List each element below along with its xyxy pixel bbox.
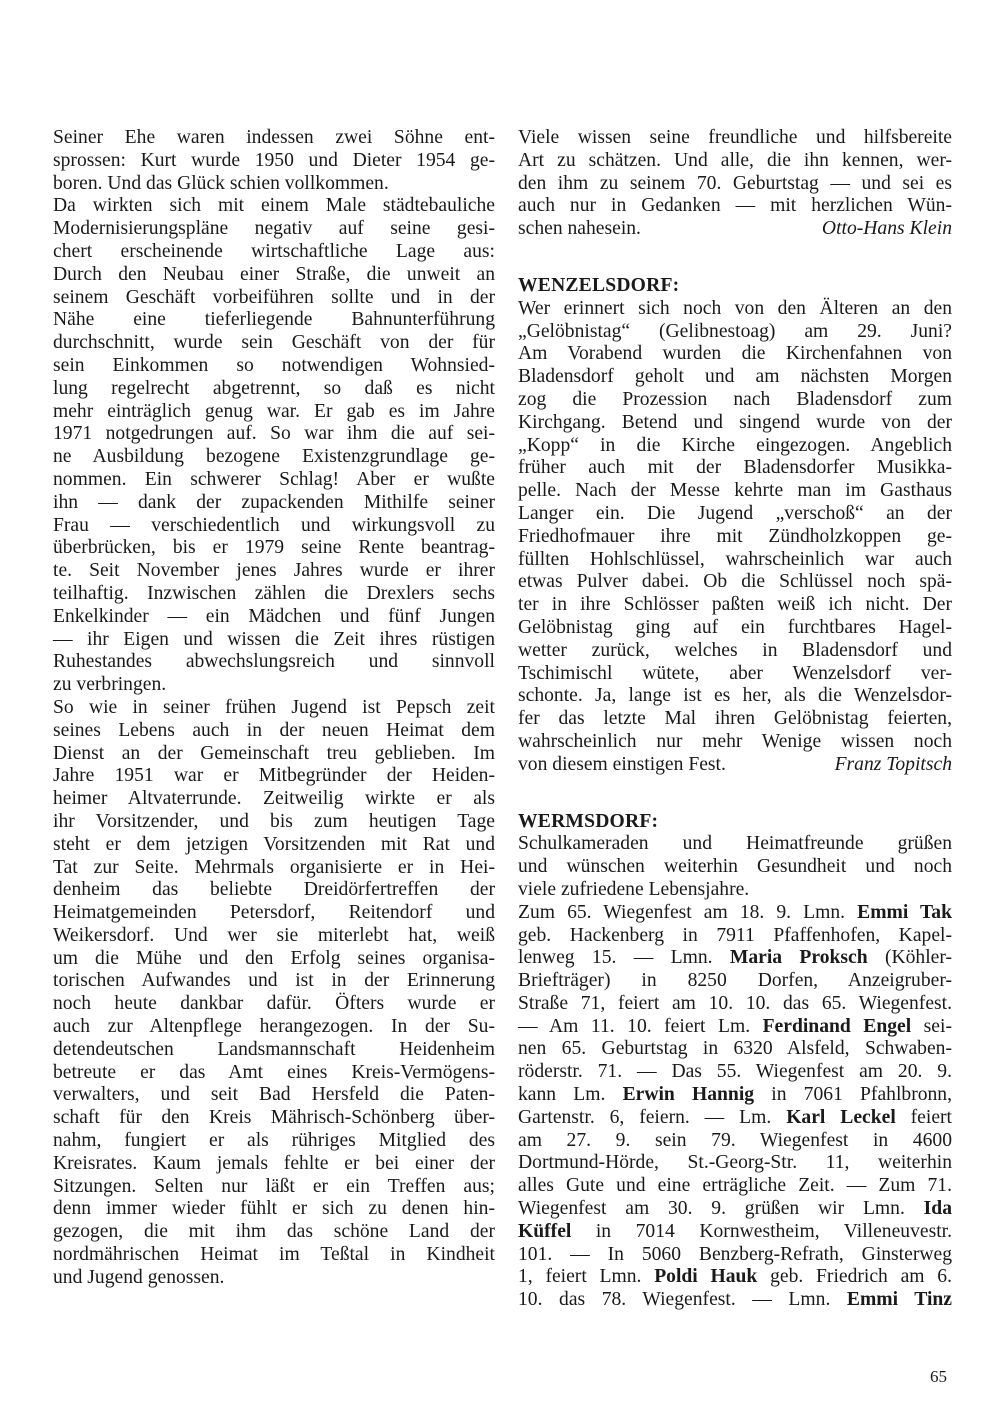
- text-line: Ruhestandes abwechslungsreich und sinnvo…: [53, 651, 495, 674]
- text-line: etwas Pulver dabei. Ob die Schlüssel noc…: [518, 571, 952, 594]
- text-line: wetter zurück, welches in Bladensdorf un…: [518, 640, 952, 663]
- text-line: 1, feiert Lmn. Poldi Hauk geb. Friedrich…: [518, 1266, 952, 1289]
- text-line: fer das letzte Mal ihren Gelöbnistag fei…: [518, 708, 952, 731]
- text-line: überbrücken, bis er 1979 seine Rente bea…: [53, 537, 495, 560]
- text-line: den ihm zu seinem 70. Geburtstag — und s…: [518, 173, 952, 196]
- text-line: Langer ein. Die Jugend „verschoß“ an der: [518, 503, 952, 526]
- text-line: Kirchgang. Betend und singend wurde von …: [518, 412, 952, 435]
- text-line: Seiner Ehe waren indessen zwei Söhne ent…: [53, 127, 495, 150]
- text-line: gezogen, die mit ihm das schöne Land der: [53, 1221, 495, 1244]
- closing-text: von diesem einstigen Fest.: [518, 754, 726, 777]
- text-line: — ihr Eigen und wissen die Zeit ihres rü…: [53, 629, 495, 652]
- text-line: Wer erinnert sich noch von den Älteren a…: [518, 298, 952, 321]
- text-line: Modernisierungspläne negativ auf seine g…: [53, 218, 495, 241]
- text-segment: in 7014 Kornwestheim, Villeneuvestr.: [571, 1221, 952, 1242]
- text-segment: nen 65. Geburtstag in 6320 Alsfeld, Schw…: [518, 1038, 952, 1059]
- text-line: Durch den Neubau einer Straße, die unwei…: [53, 264, 495, 287]
- text-segment: kann Lm.: [518, 1084, 623, 1105]
- text-line: füllten Hohlschlüssel, wahrscheinlich wa…: [518, 549, 952, 572]
- text-line: auch nur in Gedanken — mit herzlichen Wü…: [518, 195, 952, 218]
- text-line: steht er dem jetzigen Vorsitzenden mit R…: [53, 834, 495, 857]
- text-line: schaft für den Kreis Mährisch-Schönberg …: [53, 1107, 495, 1130]
- text-line: Briefträger) in 8250 Dorfen, Anzeigruber…: [518, 970, 952, 993]
- text-line: und Jugend genossen.: [53, 1267, 495, 1290]
- text-line: pelle. Nach der Messe kehrte man im Gast…: [518, 480, 952, 503]
- text-line: nordmährischen Heimat im Teßtal in Kindh…: [53, 1244, 495, 1267]
- text-line: seines Lebens auch in der neuen Heimat d…: [53, 720, 495, 743]
- text-segment: Schulkameraden und Heimatfreunde grüßen: [518, 833, 952, 854]
- text-line: detendeutschen Landsmannschaft Heidenhei…: [53, 1039, 495, 1062]
- text-line: ne Ausbildung bezogene Existenzgrundlage…: [53, 446, 495, 469]
- text-line: Kreisrates. Kaum jemals fehlte er bei ei…: [53, 1153, 495, 1176]
- page-number: 65: [930, 1367, 947, 1387]
- text-segment: 10. das 78. Wiegenfest. — Lmn.: [518, 1289, 847, 1310]
- text-segment: 101. — In 5060 Benzberg-Refrath, Ginster…: [518, 1244, 952, 1265]
- person-name: Emmi Tinz: [847, 1289, 952, 1310]
- text-line: Sitzungen. Selten nur läßt er ein Treffe…: [53, 1176, 495, 1199]
- text-line: Bladensdorf geholt und am nächsten Morge…: [518, 366, 952, 389]
- person-name: Ida: [924, 1198, 952, 1219]
- person-name: Erwin Hannig: [623, 1084, 755, 1105]
- person-name: Ferdinand Engel: [763, 1016, 912, 1037]
- text-line: Viele wissen seine freundliche und hilfs…: [518, 127, 952, 150]
- text-segment: geb. Friedrich am 6.: [757, 1266, 952, 1287]
- text-segment: alles Gute und eine erträgliche Zeit. — …: [518, 1175, 952, 1196]
- text-line: 101. — In 5060 Benzberg-Refrath, Ginster…: [518, 1244, 952, 1267]
- text-segment: Zum 65. Wiegenfest am 18. 9. Lmn.: [518, 902, 857, 923]
- text-line: teilhaftig. Inzwischen zählen die Drexle…: [53, 583, 495, 606]
- signature-line: von diesem einstigen Fest. Franz Topitsc…: [518, 754, 952, 777]
- text-segment: — Am 11. 10. feiert Lm.: [518, 1016, 763, 1037]
- text-line: röderstr. 71. — Das 55. Wiegenfest am 20…: [518, 1061, 952, 1084]
- text-segment: sei-: [911, 1016, 952, 1037]
- text-line: um die Mühe und den Erfolg seines organi…: [53, 948, 495, 971]
- text-line: Gelöbnistag ging auf ein furchtbares Hag…: [518, 617, 952, 640]
- text-line: zog die Prozession nach Bladensdorf zum: [518, 389, 952, 412]
- text-line: 10. das 78. Wiegenfest. — Lmn. Emmi Tinz: [518, 1289, 952, 1312]
- text-line: schonte. Ja, lange ist es her, als die W…: [518, 685, 952, 708]
- text-line: zu verbringen.: [53, 674, 495, 697]
- text-line: verwalters, und seit Bad Hersfeld die Pa…: [53, 1084, 495, 1107]
- text-line: kann Lm. Erwin Hannig in 7061 Pfahlbronn…: [518, 1084, 952, 1107]
- right-column: Viele wissen seine freundliche und hilfs…: [518, 127, 952, 1312]
- text-line: viele zufriedene Lebensjahre.: [518, 879, 952, 902]
- text-segment: viele zufriedene Lebensjahre.: [518, 879, 749, 900]
- text-line: durchschnitt, wurde sein Geschäft von de…: [53, 332, 495, 355]
- text-line: seinem Geschäft vorbeiführen sollte und …: [53, 287, 495, 310]
- section-heading-wenzelsdorf: WENZELSDORF:: [518, 275, 952, 298]
- wenzelsdorf-body: Wer erinnert sich noch von den Älteren a…: [518, 298, 952, 754]
- text-segment: am 27. 9. sein 79. Wiegenfest in 4600: [518, 1130, 952, 1151]
- closing-text: schen nahesein.: [518, 218, 641, 241]
- text-segment: in 7061 Pfahlbronn,: [754, 1084, 952, 1105]
- text-line: Da wirkten sich mit einem Male städtebau…: [53, 195, 495, 218]
- signature-line: schen nahesein. Otto-Hans Klein: [518, 218, 952, 241]
- text-line: Küffel in 7014 Kornwestheim, Villeneuves…: [518, 1221, 952, 1244]
- text-line: — Am 11. 10. feiert Lm. Ferdinand Engel …: [518, 1016, 952, 1039]
- text-line: Tschimischl wütete, aber Wenzelsdorf ver…: [518, 663, 952, 686]
- text-line: denn immer wieder fühlt er sich zu denen…: [53, 1198, 495, 1221]
- text-segment: Gartenstr. 6, feiern. — Lm.: [518, 1107, 786, 1128]
- text-line: te. Seit November jenes Jahres wurde er …: [53, 560, 495, 583]
- text-line: mehr einträglich genug war. Er gab es im…: [53, 401, 495, 424]
- text-line: Dienst an der Gemeinschaft treu gebliebe…: [53, 743, 495, 766]
- text-line: ihn — dank der zupackenden Mithilfe sein…: [53, 492, 495, 515]
- text-segment: Straße 71, feiert am 10. 10. das 65. Wie…: [518, 993, 952, 1014]
- text-segment: lenweg 15. — Lmn.: [518, 947, 730, 968]
- text-line: Art zu schätzen. Und alle, die ihn kenne…: [518, 150, 952, 173]
- wermsdorf-body: Schulkameraden und Heimatfreunde grüßenu…: [518, 833, 952, 1312]
- text-line: 1971 notgedrungen auf. So war ihm die au…: [53, 423, 495, 446]
- text-line: sein Einkommen so notwendigen Wohnsied-: [53, 355, 495, 378]
- text-segment: Wiegenfest am 30. 9. grüßen wir Lmn.: [518, 1198, 924, 1219]
- text-line: am 27. 9. sein 79. Wiegenfest in 4600: [518, 1130, 952, 1153]
- text-segment: geb. Hackenberg in 7911 Pfaffenhofen, Ka…: [518, 925, 952, 946]
- document-page: Seiner Ehe waren indessen zwei Söhne ent…: [0, 0, 1000, 1413]
- text-line: boren. Und das Glück schien vollkommen.: [53, 173, 495, 196]
- person-name: Poldi Hauk: [654, 1266, 757, 1287]
- text-line: chert erscheinende wirtschaftliche Lage …: [53, 241, 495, 264]
- text-line: früher auch mit der Bladensdorfer Musikk…: [518, 457, 952, 480]
- text-line: Weikersdorf. Und wer sie miterlebt hat, …: [53, 925, 495, 948]
- text-segment: röderstr. 71. — Das 55. Wiegenfest am 20…: [518, 1061, 952, 1082]
- text-segment: 1, feiert Lmn.: [518, 1266, 654, 1287]
- text-line: ihr Vorsitzender, und bis zum heutigen T…: [53, 811, 495, 834]
- text-line: Frau — verschiedentlich und wirkungsvoll…: [53, 515, 495, 538]
- section-heading-wermsdorf: WERMSDORF:: [518, 811, 952, 834]
- text-line: Zum 65. Wiegenfest am 18. 9. Lmn. Emmi T…: [518, 902, 952, 925]
- text-line: lung regelrecht abgetrennt, so daß es ni…: [53, 378, 495, 401]
- person-name: Emmi Tak: [857, 902, 952, 923]
- text-segment: Dortmund-Hörde, St.-Georg-Str. 11, weite…: [518, 1152, 952, 1173]
- text-line: geb. Hackenberg in 7911 Pfaffenhofen, Ka…: [518, 925, 952, 948]
- text-line: betreute er das Amt eines Kreis-Vermögen…: [53, 1062, 495, 1085]
- text-line: Straße 71, feiert am 10. 10. das 65. Wie…: [518, 993, 952, 1016]
- text-segment: Briefträger) in 8250 Dorfen, Anzeigruber…: [518, 970, 952, 991]
- text-line: Tat zur Seite. Mehrmals organisierte er …: [53, 857, 495, 880]
- text-segment: und wünschen weiterhin Gesundheit und no…: [518, 856, 952, 877]
- text-line: Heimatgemeinden Petersdorf, Reitendorf u…: [53, 902, 495, 925]
- text-line: denheim das beliebte Dreidörfertreffen d…: [53, 879, 495, 902]
- text-line: Gartenstr. 6, feiern. — Lm. Karl Leckel …: [518, 1107, 952, 1130]
- author-signature: Franz Topitsch: [835, 754, 952, 777]
- left-column: Seiner Ehe waren indessen zwei Söhne ent…: [53, 127, 495, 1290]
- text-line: heimer Altvaterrunde. Zeitweilig wirkte …: [53, 788, 495, 811]
- text-line: nommen. Ein schwerer Schlag! Aber er wuß…: [53, 469, 495, 492]
- text-line: ter in ihre Schlösser paßten weiß ich ni…: [518, 594, 952, 617]
- article-intro: Viele wissen seine freundliche und hilfs…: [518, 127, 952, 218]
- text-line: nen 65. Geburtstag in 6320 Alsfeld, Schw…: [518, 1038, 952, 1061]
- author-signature: Otto-Hans Klein: [822, 218, 952, 241]
- text-line: wahrscheinlich nur mehr Wenige wissen no…: [518, 731, 952, 754]
- text-line: Friedhofmauer ihre mit Zündholzkoppen ge…: [518, 526, 952, 549]
- person-name: Karl Leckel: [786, 1107, 896, 1128]
- text-line: So wie in seiner frühen Jugend ist Pepsc…: [53, 697, 495, 720]
- text-line: Am Vorabend wurden die Kirchenfahnen von: [518, 343, 952, 366]
- person-name: Küffel: [518, 1221, 571, 1242]
- text-line: und wünschen weiterhin Gesundheit und no…: [518, 856, 952, 879]
- text-line: nahm, fungiert er als rühriges Mitglied …: [53, 1130, 495, 1153]
- text-line: Dortmund-Hörde, St.-Georg-Str. 11, weite…: [518, 1152, 952, 1175]
- person-name: Maria Proksch: [730, 947, 868, 968]
- text-line: Enkelkinder — ein Mädchen und fünf Junge…: [53, 606, 495, 629]
- text-line: „Gelöbnistag“ (Gelibnestoag) am 29. Juni…: [518, 321, 952, 344]
- text-line: Schulkameraden und Heimatfreunde grüßen: [518, 833, 952, 856]
- text-line: Wiegenfest am 30. 9. grüßen wir Lmn. Ida: [518, 1198, 952, 1221]
- text-line: noch heute dankbar dafür. Öfters wurde e…: [53, 993, 495, 1016]
- text-line: „Kopp“ in die Kirche eingezogen. Angebli…: [518, 435, 952, 458]
- text-line: lenweg 15. — Lmn. Maria Proksch (Köhler-: [518, 947, 952, 970]
- text-segment: (Köhler-: [868, 947, 952, 968]
- text-line: Jahre 1951 war er Mitbegründer der Heide…: [53, 765, 495, 788]
- text-line: torischen Aufwandes und ist in der Erinn…: [53, 970, 495, 993]
- text-line: alles Gute und eine erträgliche Zeit. — …: [518, 1175, 952, 1198]
- text-line: Nähe eine tieferliegende Bahnunterführun…: [53, 309, 495, 332]
- text-segment: feiert: [896, 1107, 952, 1128]
- text-line: auch zur Altenpflege herangezogen. In de…: [53, 1016, 495, 1039]
- text-line: sprossen: Kurt wurde 1950 und Dieter 195…: [53, 150, 495, 173]
